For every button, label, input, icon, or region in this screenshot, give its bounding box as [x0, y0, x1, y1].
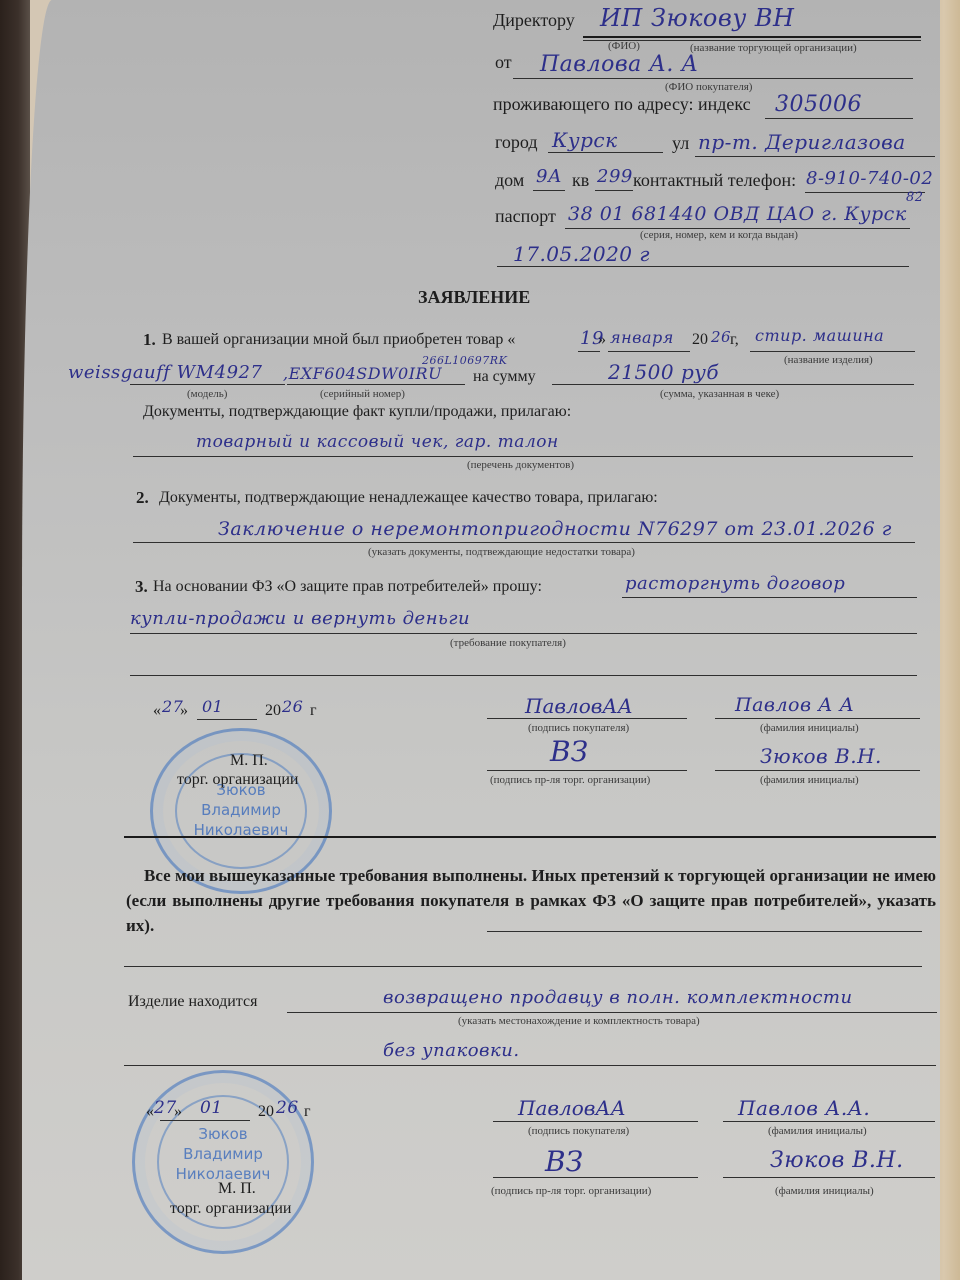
seller-sig1-caption: (подпись пр-ля торг. организации) — [490, 774, 650, 786]
index-value[interactable]: 305006 — [775, 92, 862, 117]
date2-year[interactable]: 26 — [276, 1098, 299, 1118]
stamp-2-line1: Зюков — [135, 1125, 311, 1143]
date2-g: г — [304, 1103, 311, 1121]
seller-name-1[interactable]: Зюков В.Н. — [760, 744, 882, 768]
serial-caption: (серийный номер) — [320, 388, 405, 400]
quote-close: » — [598, 331, 606, 349]
serial-superscript[interactable]: 266L10697RK — [422, 354, 507, 367]
section1-text: В вашей организации мной был приобретен … — [162, 331, 515, 349]
apt-line — [595, 190, 633, 191]
demand-value-1[interactable]: расторгнуть договор — [625, 573, 845, 594]
date2-open: « — [146, 1103, 154, 1121]
date1-month-line — [197, 719, 257, 720]
phone-value[interactable]: 8-910-740-02 — [806, 168, 933, 189]
buyer-name1-caption: (фамилия инициалы) — [760, 722, 859, 734]
buyer-signature-2[interactable]: ПавловАА — [518, 1096, 626, 1120]
passport-value[interactable]: 38 01 681440 ОВД ЦАО г. Курск — [568, 203, 907, 225]
demand-line-3 — [130, 675, 917, 676]
month-line — [608, 351, 690, 352]
resolution-text: Все мои вышеуказанные требования выполне… — [126, 863, 936, 938]
buyer-name2-line — [723, 1121, 935, 1122]
date1-open: « — [153, 702, 161, 720]
date2-month-line — [160, 1120, 250, 1121]
section2-text: Документы, подтверждающие ненадлежащее к… — [159, 489, 658, 507]
director-label: Директору — [493, 10, 575, 31]
date1-close: » — [180, 702, 188, 720]
house-label: дом — [495, 170, 524, 191]
mp2-org-label: торг. организации — [170, 1200, 291, 1218]
buyer-signature-1[interactable]: ПавловАА — [525, 694, 633, 718]
mp1-label: М. П. — [230, 752, 268, 770]
product-line — [750, 351, 915, 352]
house-value[interactable]: 9А — [536, 166, 562, 187]
phone-label: контактный телефон: — [633, 170, 796, 191]
passport-label: паспорт — [495, 206, 556, 227]
buyer-name2-caption: (фамилия инициалы) — [768, 1125, 867, 1137]
date2-close: » — [174, 1103, 182, 1121]
purchase-docs-line — [133, 456, 913, 457]
street-line — [695, 156, 935, 157]
item-location-line-2 — [124, 1065, 936, 1066]
passport-date[interactable]: 17.05.2020 г — [513, 242, 650, 266]
quality-docs-line — [133, 542, 915, 543]
purchase-docs-value[interactable]: товарный и кассовый чек, гар. талон — [196, 432, 559, 452]
phone-value-2[interactable]: 82 — [906, 190, 924, 205]
sum-value[interactable]: 21500 руб — [608, 360, 719, 384]
year-prefix: 20 — [692, 331, 708, 349]
seller-name-2[interactable]: Зюков В.Н. — [770, 1148, 904, 1173]
section1-number: 1. — [143, 330, 156, 350]
seller-name1-line — [715, 770, 920, 771]
from-line — [513, 78, 913, 79]
seller-sig1-line — [487, 770, 687, 771]
buyer-name1-line — [715, 718, 920, 719]
from-caption: (ФИО покупателя) — [665, 81, 752, 93]
quality-docs-caption: (указать документы, подтвеждающие недост… — [368, 546, 635, 558]
buyer-name-2[interactable]: Павлов А.А. — [738, 1096, 870, 1120]
item-location-value-1[interactable]: возвращено продавцу в полн. комплектност… — [383, 987, 853, 1008]
passport-caption: (серия, номер, кем и когда выдан) — [640, 229, 798, 241]
buyer-sig1-line — [487, 718, 687, 719]
sum-line — [552, 384, 914, 385]
apt-label: кв — [572, 170, 589, 191]
section3-text: На основании ФЗ «О защите прав потребите… — [153, 578, 542, 596]
date1-year-prefix: 20 — [265, 702, 281, 720]
address-label: проживающего по адресу: индекс — [493, 94, 751, 115]
demand-value-2[interactable]: купли-продажи и вернуть деньги — [130, 608, 470, 629]
from-label: от — [495, 52, 512, 73]
date1-year[interactable]: 26 — [282, 697, 303, 716]
year-g: г, — [730, 331, 739, 349]
sum-label: на сумму — [473, 368, 536, 386]
product-caption: (название изделия) — [784, 354, 873, 366]
street-value[interactable]: пр-т. Дериглазова — [698, 130, 906, 154]
purchase-month[interactable]: января — [610, 328, 674, 347]
buyer-name-1[interactable]: Павлов А А — [735, 694, 854, 716]
seller-signature-2[interactable]: ВЗ — [545, 1145, 583, 1178]
purchase-docs-label: Документы, подтверждающие факт купли/про… — [143, 403, 571, 421]
date1-g: г — [310, 702, 317, 720]
buyer-sig2-line — [493, 1121, 698, 1122]
director-value[interactable]: ИП Зюкову ВН — [600, 4, 794, 32]
product-name[interactable]: стир. машина — [755, 326, 884, 345]
serial-value[interactable]: ,EXF604SDW0IRU — [283, 364, 442, 383]
date2-year-prefix: 20 — [258, 1103, 274, 1121]
section3-number: 3. — [135, 577, 148, 597]
resolution-line-1 — [487, 931, 922, 932]
purchase-year[interactable]: 26 — [711, 328, 731, 346]
city-label: город — [495, 132, 538, 153]
from-value[interactable]: Павлова А. А — [540, 52, 699, 77]
buyer-sig2-caption: (подпись покупателя) — [528, 1125, 629, 1137]
document-title: ЗАЯВЛЕНИЕ — [418, 287, 530, 308]
item-location-line-1 — [287, 1012, 937, 1013]
city-line — [548, 152, 663, 153]
street-label: ул — [672, 133, 689, 154]
house-line — [533, 190, 565, 191]
item-location-label: Изделие находится — [128, 993, 257, 1011]
demand-line-1 — [622, 597, 917, 598]
sum-caption: (сумма, указанная в чеке) — [660, 388, 779, 400]
seller-name1-caption: (фамилия инициалы) — [760, 774, 859, 786]
quality-docs-value[interactable]: Заключение о неремонтопригодности N76297… — [218, 518, 892, 540]
section-divider — [124, 836, 936, 838]
model-line — [130, 384, 285, 385]
date2-month[interactable]: 01 — [200, 1098, 223, 1118]
director-caption-org: (название торгующей организации) — [690, 42, 857, 54]
item-location-value-2[interactable]: без упаковки. — [383, 1040, 520, 1061]
mp1-org-label: торг. организации — [177, 771, 298, 789]
item-location-caption: (указать местонахождение и комплектность… — [458, 1015, 700, 1027]
date1-month[interactable]: 01 — [202, 697, 223, 716]
mp2-label: М. П. — [218, 1180, 256, 1198]
purchase-docs-caption: (перечень документов) — [467, 459, 574, 471]
director-line — [583, 36, 921, 38]
buyer-sig1-caption: (подпись покупателя) — [528, 722, 629, 734]
model-value[interactable]: weissgauff WM4927 — [68, 362, 262, 383]
seller-sig2-line — [493, 1177, 698, 1178]
serial-line — [287, 384, 465, 385]
day-line — [578, 351, 600, 352]
stamp-1-line2: Владимир — [153, 801, 329, 819]
model-caption: (модель) — [187, 388, 227, 400]
stamp-2-line2: Владимир — [135, 1145, 311, 1163]
demand-line-2 — [130, 633, 917, 634]
seller-name2-caption: (фамилия инициалы) — [775, 1185, 874, 1197]
city-value[interactable]: Курск — [552, 128, 618, 152]
apt-value[interactable]: 299 — [597, 166, 633, 187]
section2-number: 2. — [136, 488, 149, 508]
director-caption-fio: (ФИО) — [608, 40, 640, 52]
seller-signature-1[interactable]: ВЗ — [550, 735, 588, 768]
seller-name2-line — [723, 1177, 935, 1178]
demand-caption: (требование покупателя) — [450, 637, 566, 649]
index-line — [765, 118, 913, 119]
resolution-line-2 — [124, 966, 922, 967]
seller-sig2-caption: (подпись пр-ля торг. организации) — [491, 1185, 651, 1197]
passport-line-2 — [497, 266, 909, 267]
